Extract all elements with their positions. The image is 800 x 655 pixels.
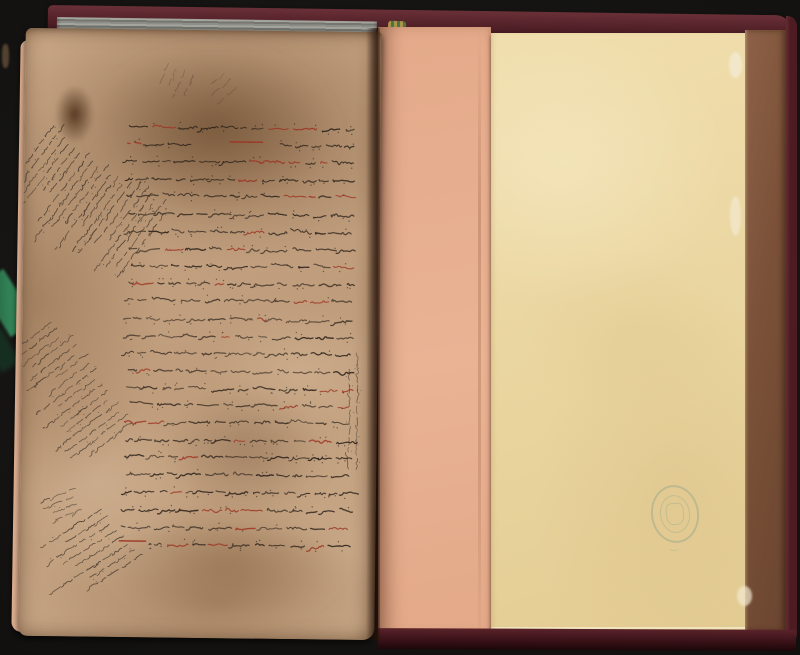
- salmon-flyleaf: [378, 27, 491, 638]
- library-stamp-glyph: [665, 502, 684, 525]
- flyleaf-crease: [478, 30, 481, 636]
- paper-repair-spot: [729, 52, 742, 78]
- photo-stage: [0, 0, 800, 655]
- debris-fleck: [2, 44, 9, 68]
- paper-repair-spot: [730, 196, 741, 236]
- cover-turn-in: [745, 30, 787, 631]
- gutter-shadow: [366, 28, 380, 640]
- cover-bottom-edge: [378, 628, 796, 651]
- library-stamp-mark: [669, 546, 679, 551]
- paper-repair-spot: [737, 586, 752, 606]
- manuscript-page: [18, 28, 381, 640]
- blank-cream-page: [491, 33, 745, 632]
- faded-wash: [20, 208, 380, 512]
- cover-fore-edge: [786, 16, 797, 642]
